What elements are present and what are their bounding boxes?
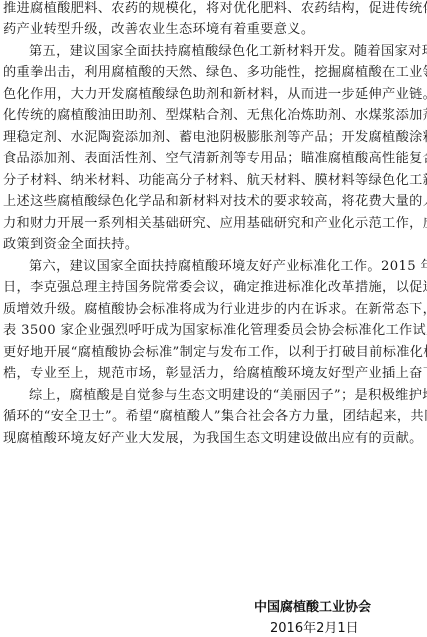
text-line: 第五，建议国家全面扶持腐植酸绿色化工新材料开发。随着国家对环境污染	[29, 43, 421, 64]
signature-date: 2016年2月1日	[270, 617, 359, 636]
text-line: 循环的“安全卫士”。希望“腐植酸人”集合社会各方力量，团结起来，共同实	[3, 408, 421, 429]
text-line: 梏，专业至上，规范市场，彰显活力，给腐植酸环境友好型产业插上奋飞的翅膀。	[3, 365, 421, 386]
text-line: 更好地开展“腐植酸协会标准”制定与发布工作，以利于打破目前标准化机构桎	[3, 344, 421, 365]
text-line: 表 3500 家企业强烈呼吁成为国家标准化管理委员会协会标准化工作试点单位，	[3, 322, 421, 343]
text-line: 食品添加剂、表面活性剂、空气清新剂等专用品；瞄准腐植酸高性能复合材料、	[3, 150, 421, 171]
text-line: 质增效升级。腐植酸协会标准将成为行业进步的内在诉求。在新常态下，我们代	[3, 301, 421, 322]
text-line: 政策到资金全面扶持。	[3, 236, 138, 257]
text-line: 的重拳出击，利用腐植酸的天然、绿色、多功能性，挖掘腐植酸在工业领域的绿	[3, 64, 421, 85]
text-line: 药产业转型升级，改善农业生态环境有着重要意义。	[3, 21, 314, 42]
text-line: 第六，建议国家全面扶持腐植酸环境友好产业标准化工作。2015 年 2 月 11	[29, 258, 421, 279]
text-line: 理稳定剂、水泥陶瓷添加剂、蓄电池阴极膨胀剂等产品；开发腐植酸涂料、染料、	[3, 129, 421, 150]
text-line: 综上，腐植酸是自觉参与生态文明建设的“美丽因子”；是积极维护地球碳	[29, 387, 421, 408]
text-line: 现腐植酸环境友好产业大发展，为我国生态文明建设做出应有的贡献。	[3, 430, 423, 451]
text-line: 日，李克强总理主持国务院常委会议，确定推进标准化改革措施，以促进经济提	[3, 279, 421, 300]
text-line: 推进腐植酸肥料、农药的规模化，将对优化肥料、农药结构，促进传统化肥和农	[3, 0, 421, 21]
signature-organization: 中国腐植酸工业协会	[254, 596, 371, 615]
text-line: 力和财力开展一系列相关基础研究、应用基础研究和产业化示范工作，应予国家	[3, 215, 421, 236]
text-line: 化传统的腐植酸油田助剂、型煤粘合剂、无焦化冶炼助剂、水煤浆添加剂、水处	[3, 107, 421, 128]
text-line: 上述这些腐植酸绿色化学品和新材料对技术的要求较高，将花费大量的人力、物	[3, 193, 421, 214]
text-line: 分子材料、纳米材料、功能高分子材料、航天材料、膜材料等绿色化工新材料。	[3, 172, 421, 193]
text-line: 色化作用，大力开发腐植酸绿色助剂和新材料，从而进一步延伸产业链。例如优	[3, 86, 421, 107]
